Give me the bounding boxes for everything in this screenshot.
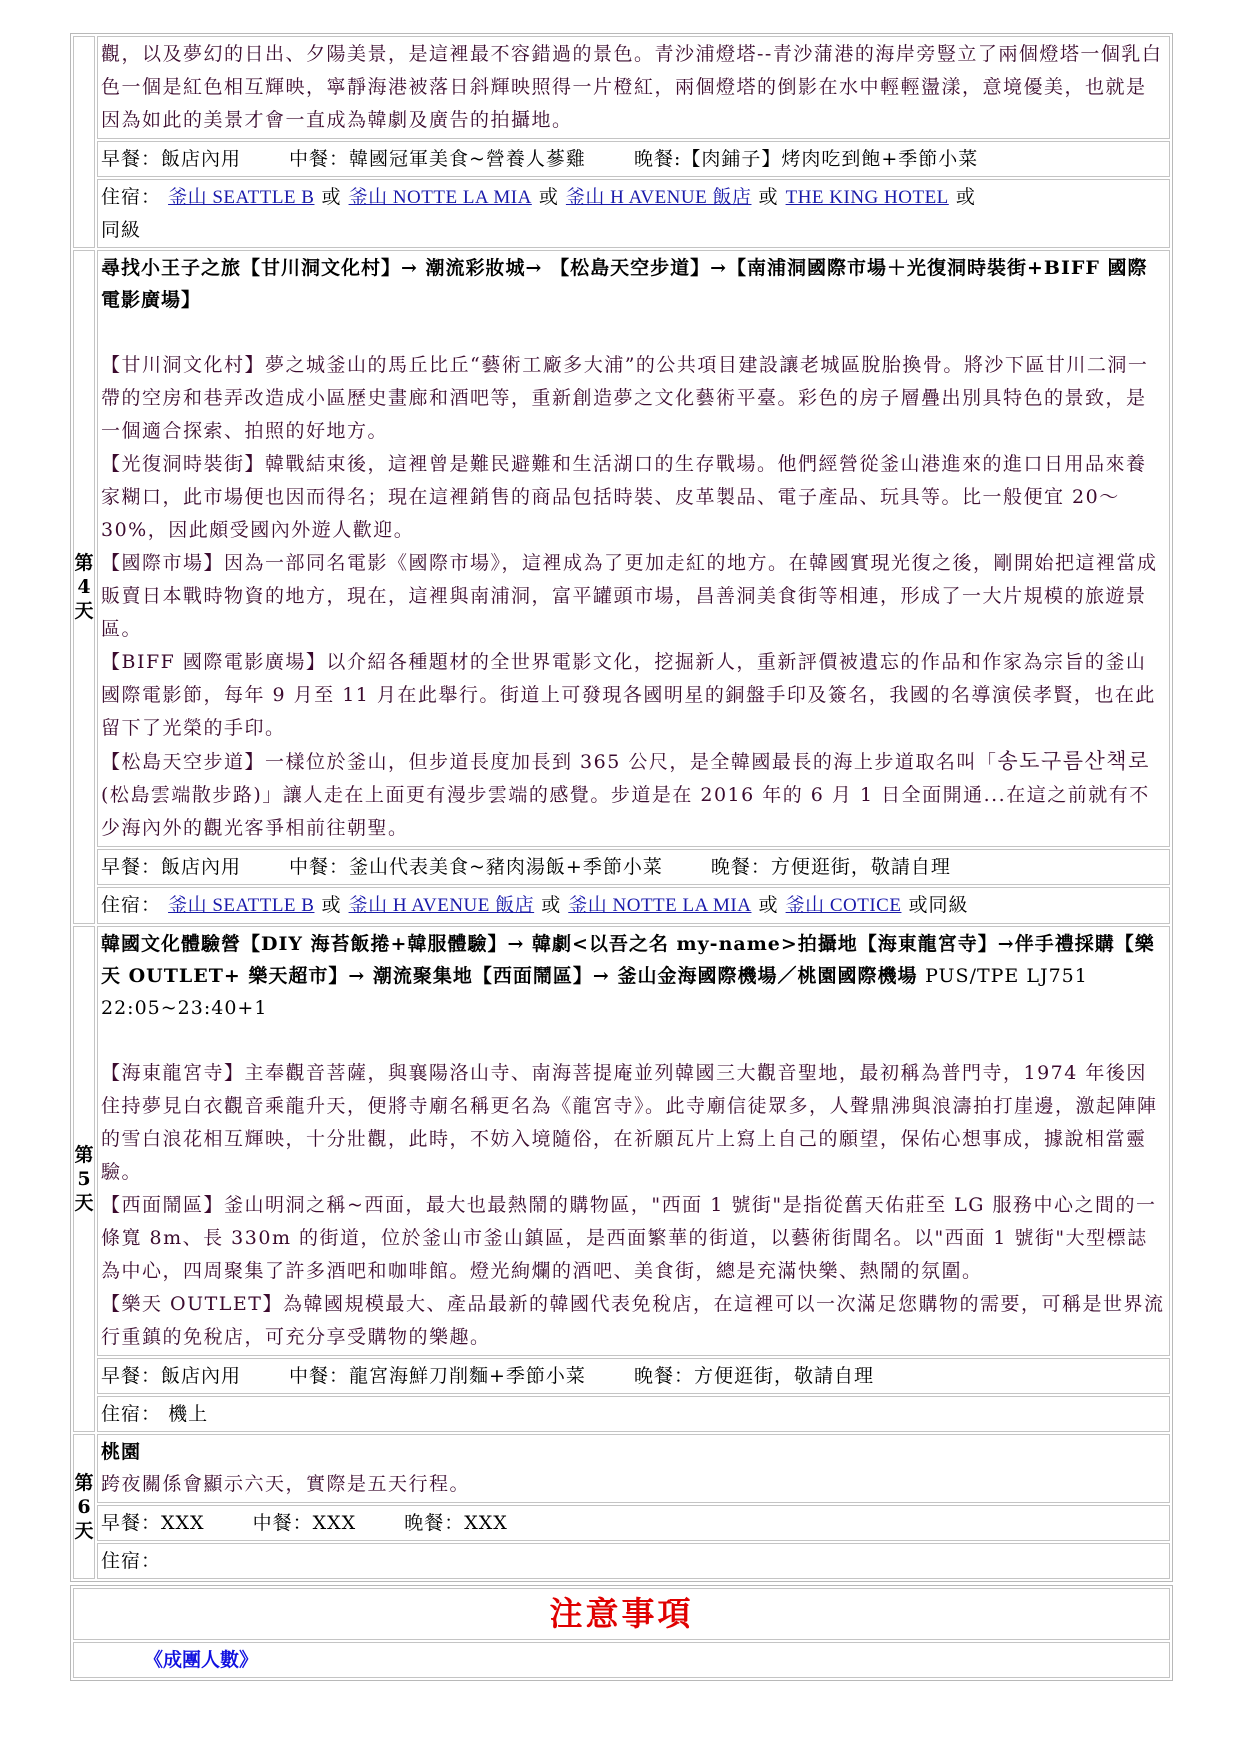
day6-meals: 早餐：XXX中餐：XXX晚餐：XXX [97,1505,1170,1541]
hotel-link-h-avenue[interactable]: 釜山 H AVENUE 飯店 [566,187,752,208]
hotel-suffix: 或同級 [909,894,969,916]
day6-content: 桃園 跨夜關係會顯示六天，實際是五天行程。 [97,1434,1170,1503]
notes-table: 注意事項 《成團人數》 [70,1585,1173,1681]
day6-hotel: 住宿： [97,1543,1170,1579]
notes-subtitle-group-size: 《成團人數》 [73,1642,1170,1678]
day5-desc-row: 第 5 天 韓國文化體驗營【DIY 海苔飯捲+韓服體驗】→ 韓劇<以吾之名 my… [73,926,1170,1356]
day6-desc-row: 第 6 天 桃園 跨夜關係會顯示六天，實際是五天行程。 [73,1434,1170,1503]
day4-para-songdo: 【松島天空步道】一樣位於釜山，但步道長度加長到 365 公尺，是全韓國最長的海上… [101,745,1166,845]
korean-name: 송도구름산책로 [997,749,1150,773]
day-label-char: 天 [74,1191,94,1215]
hotel-link-seattle-b[interactable]: 釜山 SEATTLE B [168,895,314,916]
breakfast: 早餐：XXX [101,1512,205,1534]
day3-label-cell [73,36,95,248]
dinner: 晚餐:【肉鋪子】烤肉吃到飽+季節小菜 [634,148,978,170]
day4-para-gamcheon: 【甘川洞文化村】夢之城釜山的馬丘比丘“藝術工廠多大浦”的公共項目建設讓老城區脫胎… [101,349,1166,448]
day5-para-seomyeon: 【西面鬧區】釜山明洞之稱~西面，最大也最熱鬧的購物區，"西面 1 號街"是指從舊… [101,1189,1166,1288]
lunch: 中餐：韓國冠軍美食~營養人蔘雞 [289,148,586,170]
day5-heading: 韓國文化體驗營【DIY 海苔飯捲+韓服體驗】→ 韓劇<以吾之名 my-name>… [101,928,1166,1024]
day-label-char: 第 [74,551,94,575]
day4-desc-row: 第 4 天 尋找小王子之旅【甘川洞文化村】→ 潮流彩妝城→ 【松島天空步道】→【… [73,250,1170,847]
day6-heading: 桃園 [101,1436,1166,1468]
day4-meals: 早餐：飯店內用中餐：釜山代表美食~豬肉湯飯+季節小菜晚餐：方便逛街，敬請自理 [97,849,1170,885]
day5-para-lotte-outlet: 【樂天 OUTLET】為韓國規模最大、產品最新的韓國代表免稅店，在這裡可以一次滿… [101,1288,1166,1354]
hotel-link-notte-la-mia[interactable]: 釜山 NOTTE LA MIA [349,187,532,208]
hotel-link-h-avenue[interactable]: 釜山 H AVENUE 飯店 [349,895,535,916]
day-label-char: 第 [74,1471,94,1495]
dinner: 晚餐：方便逛街，敬請自理 [711,856,951,878]
itinerary-page: 觀，以及夢幻的日出、夕陽美景，是這裡最不容錯過的景色。青沙浦燈塔--青沙蒲港的海… [70,33,1173,1681]
songdo-text-rest: (松島雲端散步路)」讓人走在上面更有漫步雲端的感覺。步道是在 2016 年的 6… [101,784,1150,839]
day4-hotel-row: 住宿： 釜山 SEATTLE B 或 釜山 H AVENUE 飯店 或 釜山 N… [73,887,1170,924]
day4-label: 第 4 天 [73,250,95,924]
hotel-label: 住宿： [101,1403,161,1425]
hotel-suffix: 同級 [101,219,141,241]
day-label-char: 第 [74,1143,94,1167]
breakfast: 早餐：飯店內用 [101,1365,241,1387]
hotel-link-the-king[interactable]: THE KING HOTEL [786,187,949,208]
day5-label: 第 5 天 [73,926,95,1432]
day3-meals: 早餐：飯店內用中餐：韓國冠軍美食~營養人蔘雞晚餐:【肉鋪子】烤肉吃到飽+季節小菜 [97,141,1170,177]
breakfast: 早餐：飯店內用 [101,856,241,878]
lunch: 中餐：龍宮海鮮刀削麵+季節小菜 [289,1365,586,1387]
lunch: 中餐：XXX [253,1512,357,1534]
day5-para-haedong: 【海東龍宮寺】主奉觀音菩薩，與襄陽洛山寺、南海菩提庵並列韓國三大觀音聖地，最初稱… [101,1057,1166,1189]
day4-hotel: 住宿： 釜山 SEATTLE B 或 釜山 H AVENUE 飯店 或 釜山 N… [97,887,1170,924]
hotel-link-cotice[interactable]: 釜山 COTICE [786,895,902,916]
dinner: 晚餐：方便逛街，敬請自理 [634,1365,874,1387]
separator: 或 [759,894,779,916]
separator: 或 [541,894,561,916]
hotel-link-notte-la-mia[interactable]: 釜山 NOTTE LA MIA [568,895,751,916]
dinner: 晚餐：XXX [404,1512,508,1534]
day5-hotel: 住宿： 機上 [97,1396,1170,1432]
hotel-link-seattle-b[interactable]: 釜山 SEATTLE B [168,187,314,208]
day-number: 5 [74,1167,94,1191]
day5-meals: 早餐：飯店內用中餐：龍宮海鮮刀削麵+季節小菜晚餐：方便逛街，敬請自理 [97,1358,1170,1394]
day3-hotel: 住宿： 釜山 SEATTLE B 或 釜山 NOTTE LA MIA 或 釜山 … [97,179,1170,248]
separator: 或 [322,894,342,916]
notes-title: 注意事項 [73,1588,1170,1640]
day5-meals-row: 早餐：飯店內用中餐：龍宮海鮮刀削麵+季節小菜晚餐：方便逛街，敬請自理 [73,1358,1170,1394]
day3-hotel-row: 住宿： 釜山 SEATTLE B 或 釜山 NOTTE LA MIA 或 釜山 … [73,179,1170,248]
bracket: 「 [977,751,998,773]
breakfast: 早餐：飯店內用 [101,148,241,170]
day4-para-gukje-market: 【國際市場】因為一部同名電影《國際市場》，這裡成為了更加走紅的地方。在韓國實現光… [101,547,1166,646]
day6-meals-row: 早餐：XXX中餐：XXX晚餐：XXX [73,1505,1170,1541]
hotel-value: 機上 [168,1403,208,1425]
songdo-text: 【松島天空步道】一樣位於釜山，但步道長度加長到 365 公尺，是全韓國最長的海上… [101,751,977,773]
separator: 或 [322,186,342,208]
day6-hotel-row: 住宿： [73,1543,1170,1579]
day4-para-biff: 【BIFF 國際電影廣場】以介紹各種題材的全世界電影文化，挖掘新人，重新評價被遺… [101,646,1166,745]
hotel-label: 住宿： [101,1550,161,1572]
day6-description: 跨夜關係會顯示六天，實際是五天行程。 [101,1468,1166,1501]
itinerary-table: 觀，以及夢幻的日出、夕陽美景，是這裡最不容錯過的景色。青沙浦燈塔--青沙蒲港的海… [70,33,1173,1582]
day-number: 6 [74,1495,94,1519]
lunch: 中餐：釜山代表美食~豬肉湯飯+季節小菜 [289,856,663,878]
hotel-label: 住宿： [101,894,161,916]
day-label-char: 天 [74,599,94,623]
day3-description: 觀，以及夢幻的日出、夕陽美景，是這裡最不容錯過的景色。青沙浦燈塔--青沙蒲港的海… [97,36,1170,139]
separator: 或 [539,186,559,208]
day6-label: 第 6 天 [73,1434,95,1579]
day5-content: 韓國文化體驗營【DIY 海苔飯捲+韓服體驗】→ 韓劇<以吾之名 my-name>… [97,926,1170,1356]
hotel-label: 住宿： [101,186,161,208]
day5-hotel-row: 住宿： 機上 [73,1396,1170,1432]
day3-meals-row: 早餐：飯店內用中餐：韓國冠軍美食~營養人蔘雞晚餐:【肉鋪子】烤肉吃到飽+季節小菜 [73,141,1170,177]
day4-content: 尋找小王子之旅【甘川洞文化村】→ 潮流彩妝城→ 【松島天空步道】→【南浦洞國際市… [97,250,1170,847]
day3-desc-row: 觀，以及夢幻的日出、夕陽美景，是這裡最不容錯過的景色。青沙浦燈塔--青沙蒲港的海… [73,36,1170,139]
day4-para-gwangbok: 【光復洞時裝街】韓戰結束後，這裡曾是難民避難和生活湖口的生存戰場。他們經營從釜山… [101,448,1166,547]
day4-meals-row: 早餐：飯店內用中餐：釜山代表美食~豬肉湯飯+季節小菜晚餐：方便逛街，敬請自理 [73,849,1170,885]
separator: 或 [956,186,976,208]
day4-heading: 尋找小王子之旅【甘川洞文化村】→ 潮流彩妝城→ 【松島天空步道】→【南浦洞國際市… [101,252,1166,316]
day-number: 4 [74,575,94,599]
separator: 或 [759,186,779,208]
day-label-char: 天 [74,1519,94,1543]
